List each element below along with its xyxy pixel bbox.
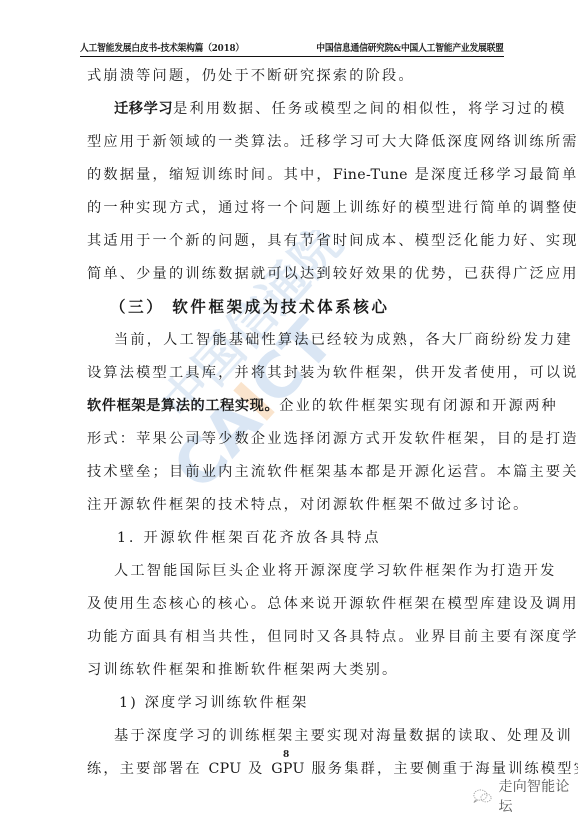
paragraph-line: 当前，人工智能基础性算法已经较为成熟，各大厂商纷纷发力建 [114,330,573,350]
paragraph-line: 的数据量，缩短训练时间。其中，Fine-Tune 是深度迁移学习最简单 [87,165,578,185]
wechat-icon [472,788,493,804]
paragraph-line: 型应用于新领域的一类算法。迁移学习可大大降低深度网络训练所需 [87,132,578,152]
paragraph-line: 功能方面具有相当共性，但同时又各具特点。业界目前主要有深度学 [87,627,578,647]
paragraph-line: 的一种实现方式，通过将一个问题上训练好的模型进行简单的调整使 [87,198,578,218]
header-title: 人工智能发展白皮书-技术架构篇（2018） [80,42,244,56]
page-header: 人工智能发展白皮书-技术架构篇（2018） 中国信息通信研究院&中国人工智能产业… [80,40,504,57]
paragraph-line: 及使用生态核心的核心。总体来说开源软件框架在模型库建设及调用 [87,594,578,614]
paragraph-line: 其适用于一个新的问题，具有节省时间成本、模型泛化能力好、实现 [87,231,578,251]
paragraph-line: 习训练软件框架和推断软件框架两大类别。 [87,660,398,680]
paragraph-line: 注开源软件框架的技术特点，对闭源软件框架不做过多讨论。 [87,495,529,515]
paragraph-line: 形式：苹果公司等少数企业选择闭源方式开发软件框架，目的是打造 [87,429,578,449]
paragraph-line: 式崩溃等问题，仍处于不断研究探索的阶段。 [87,66,415,86]
paragraph-line: 软件框架是算法的工程实现。企业的软件框架实现有闭源和开源两种 [87,396,558,416]
list-heading: 1) 深度学习训练软件框架 [119,693,309,713]
header-publisher: 中国信息通信研究院&中国人工智能产业发展联盟 [317,42,504,56]
subsection-heading: 1. 开源软件框架百花齐放各具特点 [117,528,381,548]
paragraph-line: 基于深度学习的训练框架主要实现对海量数据的读取、处理及训 [114,726,573,746]
page-number: 8 [283,750,289,760]
wechat-account-name: 走向智能论坛 [499,776,578,816]
section-heading: （三） 软件框架成为技术体系核心 [110,297,390,317]
paragraph-line: 技术壁垒；目前业内主流软件框架基本都是开源化运营。本篇主要关 [87,462,578,482]
paragraph-line: 迁移学习是利用数据、任务或模型之间的相似性，将学习过的模 [114,99,566,119]
key-statement: 软件框架是算法的工程实现。 [87,398,279,414]
paragraph-line: 简单、少量的训练数据就可以达到较好效果的优势，已获得广泛应用。 [87,264,578,284]
wechat-account-badge: 走向智能论坛 [472,776,578,816]
paragraph-line: 设算法模型工具库，并将其封装为软件框架，供开发者使用，可以说 [87,363,578,383]
paragraph-line: 人工智能国际巨头企业将开源深度学习软件框架作为打造开发 [114,561,556,581]
term-transfer-learning: 迁移学习 [114,101,173,117]
